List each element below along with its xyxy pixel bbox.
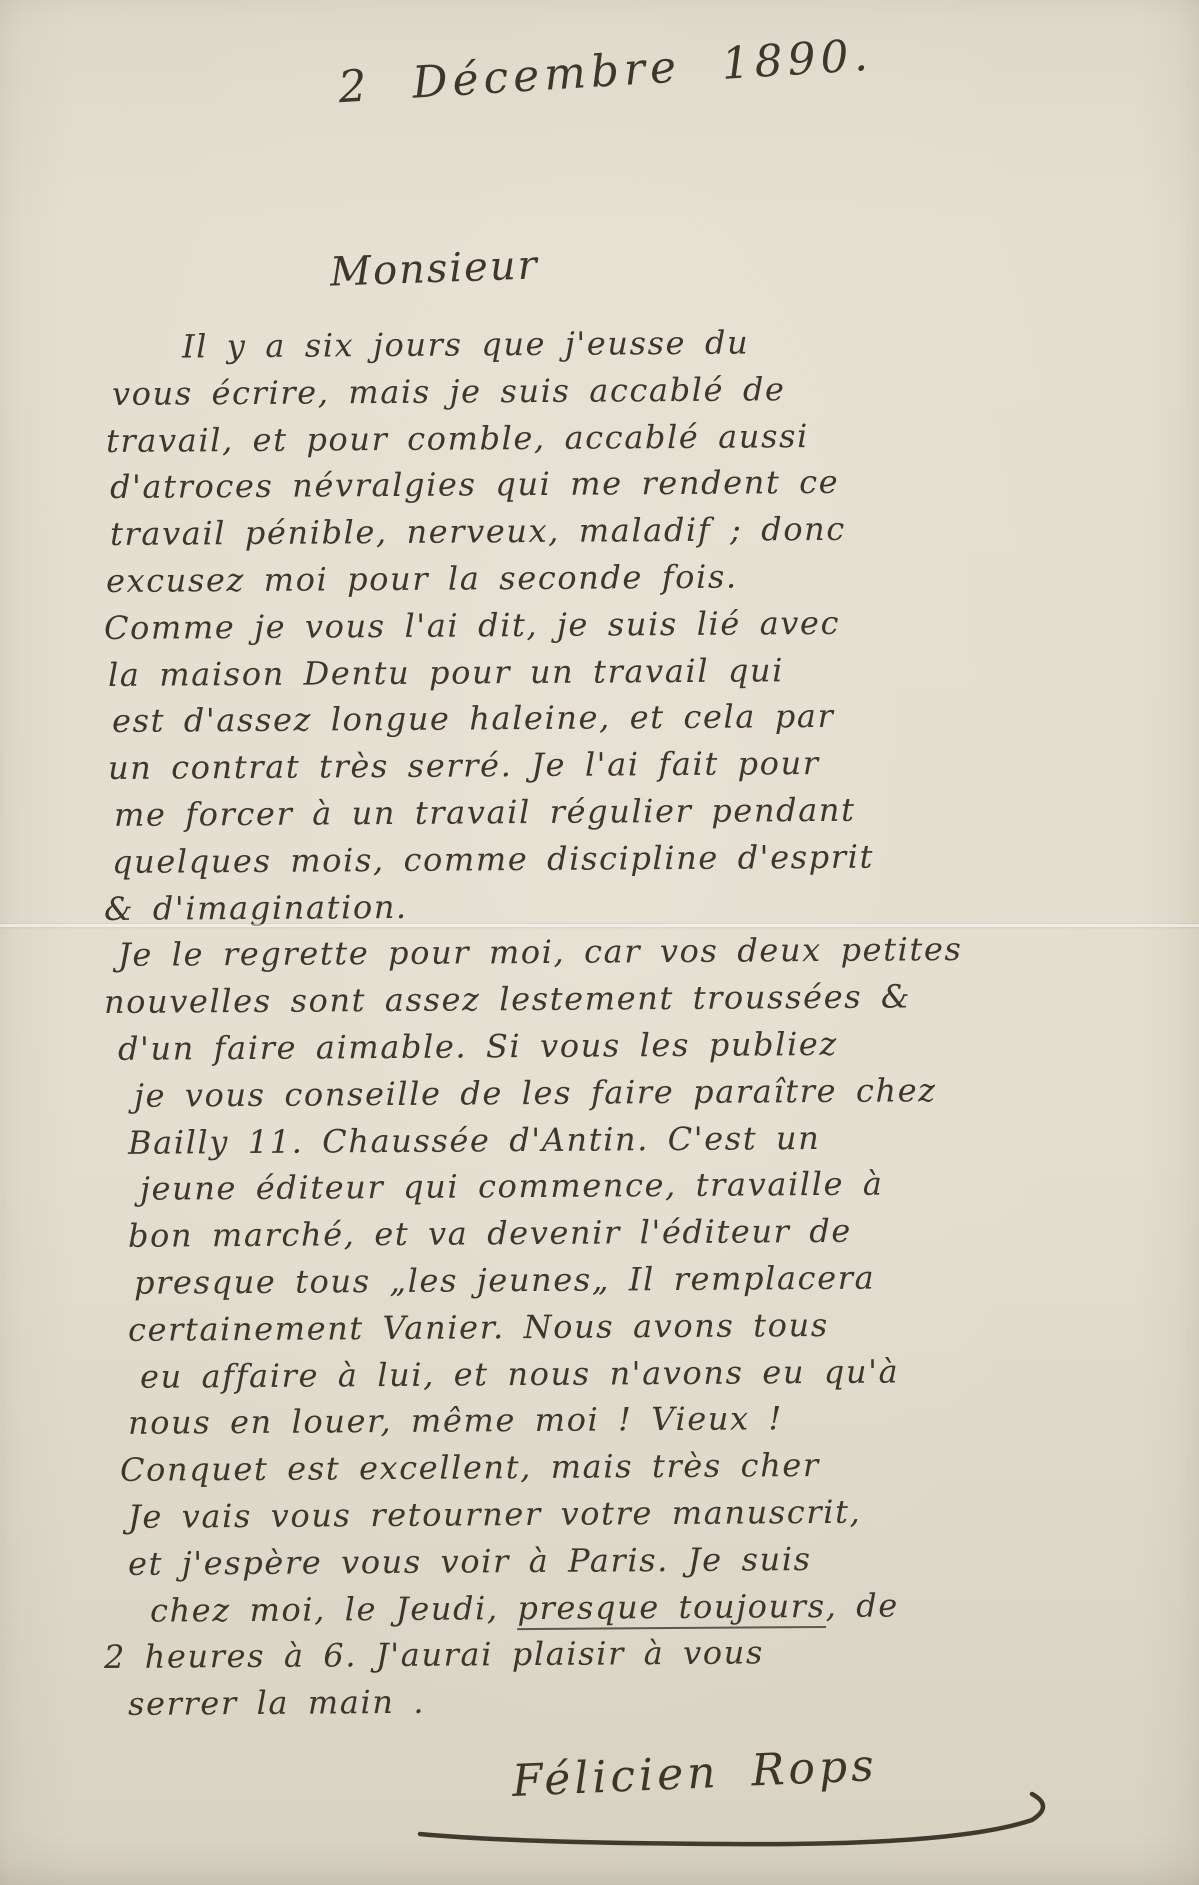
letter-line: vous écrire, mais je suis accablé de xyxy=(104,363,1159,417)
letter-line: Il y a six jours que j'eusse du xyxy=(104,317,1159,371)
letter-line: bon marché, et va devenir l'éditeur de xyxy=(104,1206,1159,1260)
line-text: me forcer à un travail régulier pendant xyxy=(114,791,856,834)
line-text: Conquet est excellent, mais très cher xyxy=(120,1446,820,1489)
letter-page: 2 Décembre 1890. Monsieur Il y a six jou… xyxy=(0,0,1199,1885)
letter-line: serrer la main . xyxy=(104,1674,1159,1728)
line-text: travail pénible, nerveux, maladif ; donc xyxy=(110,510,846,553)
salutation: Monsieur xyxy=(329,242,539,295)
letter-line: d'un faire aimable. Si vous les publiez xyxy=(104,1019,1159,1073)
letter-line: me forcer à un travail régulier pendant xyxy=(104,785,1159,839)
line-text: nouvelles sont assez lestement troussées… xyxy=(104,978,911,1022)
line-text: d'atroces névralgies qui me rendent ce xyxy=(110,463,839,506)
line-text: la maison Dentu pour un travail qui xyxy=(108,651,784,694)
line-text: presque tous „les jeunes„ Il remplacera xyxy=(134,1259,876,1302)
letter-line: Je vais vous retourner votre manuscrit, xyxy=(104,1487,1159,1541)
letter-line: excusez moi pour la seconde fois. xyxy=(104,551,1159,605)
line-text: excusez moi pour la seconde fois. xyxy=(106,558,738,600)
letter-line: un contrat très serré. Je l'ai fait pour xyxy=(104,738,1159,792)
fold-crease xyxy=(0,924,1199,927)
line-text: je vous conseille de les faire paraître … xyxy=(134,1071,937,1115)
line-text: Comme je vous l'ai dit, je suis lié avec xyxy=(104,604,840,647)
underlined-phrase: presque toujours xyxy=(517,1586,825,1629)
letter-line: certainement Vanier. Nous avons tous xyxy=(104,1299,1159,1353)
letter-line: et j'espère vous voir à Paris. Je suis xyxy=(104,1533,1159,1587)
letter-line: la maison Dentu pour un travail qui xyxy=(104,644,1159,698)
letter-line: quelques mois, comme discipline d'esprit xyxy=(104,831,1159,885)
letter-line: Conquet est excellent, mais très cher xyxy=(104,1440,1159,1494)
letter-line: 2 heures à 6. J'aurai plaisir à vous xyxy=(104,1627,1159,1681)
letter-line: travail pénible, nerveux, maladif ; donc xyxy=(104,504,1159,558)
line-text: Je vais vous retourner votre manuscrit, xyxy=(128,1493,862,1536)
line-text: Bailly 11. Chaussée d'Antin. C'est un xyxy=(128,1119,821,1162)
letter-line: jeune éditeur qui commence, travaille à xyxy=(104,1159,1159,1213)
line-text: quelques mois, comme discipline d'esprit xyxy=(112,837,874,880)
letter-line: nouvelles sont assez lestement troussées… xyxy=(104,972,1159,1026)
line-text: Il y a six jours que j'eusse du xyxy=(182,323,749,365)
line-text: bon marché, et va devenir l'éditeur de xyxy=(128,1212,852,1255)
line-text: & d'imagination. xyxy=(104,887,408,927)
letter-line: travail, et pour comble, accablé aussi xyxy=(104,410,1159,464)
line-text: , de xyxy=(826,1586,899,1625)
letter-line: Je le regrette pour moi, car vos deux pe… xyxy=(104,925,1159,979)
letter-line: est d'assez longue haleine, et cela par xyxy=(104,691,1159,745)
line-text: 2 heures à 6. J'aurai plaisir à vous xyxy=(104,1634,764,1677)
signature-flourish xyxy=(396,1788,1056,1860)
line-text: Je le regrette pour moi, car vos deux pe… xyxy=(118,930,963,974)
letter-line: eu affaire à lui, et nous n'avons eu qu'… xyxy=(104,1346,1159,1400)
letter-line: Comme je vous l'ai dit, je suis lié avec xyxy=(104,597,1159,651)
line-text: jeune éditeur qui commence, travaille à xyxy=(140,1165,884,1208)
line-text: nous en louer, même moi ! Vieux ! xyxy=(128,1400,783,1443)
letter-body: Il y a six jours que j'eusse duvous écri… xyxy=(104,324,1159,1728)
letter-line: nous en louer, même moi ! Vieux ! xyxy=(104,1393,1159,1447)
line-text: et j'espère vous voir à Paris. Je suis xyxy=(128,1540,812,1583)
letter-line: je vous conseille de les faire paraître … xyxy=(104,1065,1159,1119)
line-text: serrer la main . xyxy=(128,1683,425,1723)
line-text: vous écrire, mais je suis accablé de xyxy=(112,370,786,413)
letter-line: chez moi, le Jeudi, presque toujours, de xyxy=(104,1580,1159,1634)
letter-date: 2 Décembre 1890. xyxy=(337,30,874,114)
line-text: un contrat très serré. Je l'ai fait pour xyxy=(108,744,820,787)
letter-line: Bailly 11. Chaussée d'Antin. C'est un xyxy=(104,1112,1159,1166)
line-text: est d'assez longue haleine, et cela par xyxy=(112,697,835,740)
letter-line: d'atroces névralgies qui me rendent ce xyxy=(104,457,1159,511)
line-text: d'un faire aimable. Si vous les publiez xyxy=(118,1025,838,1068)
letter-line: presque tous „les jeunes„ Il remplacera xyxy=(104,1253,1159,1307)
line-text: eu affaire à lui, et nous n'avons eu qu'… xyxy=(140,1352,899,1395)
line-text: chez moi, le Jeudi, xyxy=(150,1589,518,1630)
line-text: travail, et pour comble, accablé aussi xyxy=(106,417,809,460)
line-text: certainement Vanier. Nous avons tous xyxy=(128,1306,829,1349)
